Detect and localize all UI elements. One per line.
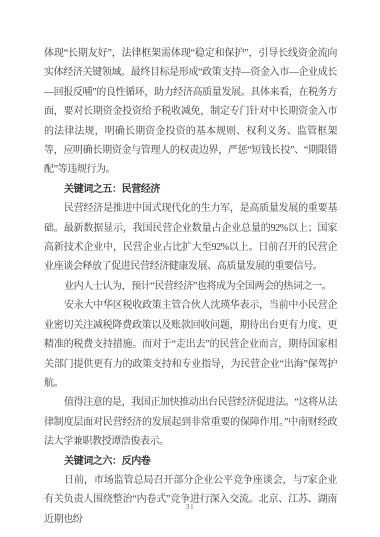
- paragraph-fair-competition-symposium: 日前，市场监管总局召开部分企业公平竞争座谈会，与7家企业有关负责人围绕整治“内卷…: [44, 471, 337, 529]
- paragraph-private-economy-promotion-law: 值得注意的是，我国正加快推动出台民营经济促进法。“这将从法律制度层面对民营经济的…: [44, 393, 337, 451]
- paragraph-ey-tax-partner-comment: 安永大中华区税收政策主管合伙人沈瑛华表示，当前中小民营企业密切关注减税降费政策以…: [44, 296, 337, 393]
- section-heading-keyword-5-private-economy: 关键词之五：民营经济: [44, 180, 337, 199]
- paragraph-industry-insider-view: 业内人士认为，预计“民营经济”也将成为全国两会的热词之一。: [44, 277, 337, 296]
- page-number: 31: [0, 502, 380, 511]
- section-heading-keyword-6-anti-involution: 关键词之六：反内卷: [44, 452, 337, 471]
- paragraph-private-economy-stats: 民营经济是推进中国式现代化的生力军，是高质量发展的重要基础。最新数据显示，我国民…: [44, 199, 337, 277]
- paragraph-continued-long-term-capital: 体现“长期友好”，法律框架需体现“稳定和保护”，引导长线资金流向实体经济关键领域…: [44, 44, 337, 180]
- text-column: 体现“长期友好”，法律框架需体现“稳定和保护”，引导长线资金流向实体经济关键领域…: [44, 44, 337, 529]
- document-page: 体现“长期友好”，法律框架需体现“稳定和保护”，引导长线资金流向实体经济关键领域…: [0, 0, 380, 537]
